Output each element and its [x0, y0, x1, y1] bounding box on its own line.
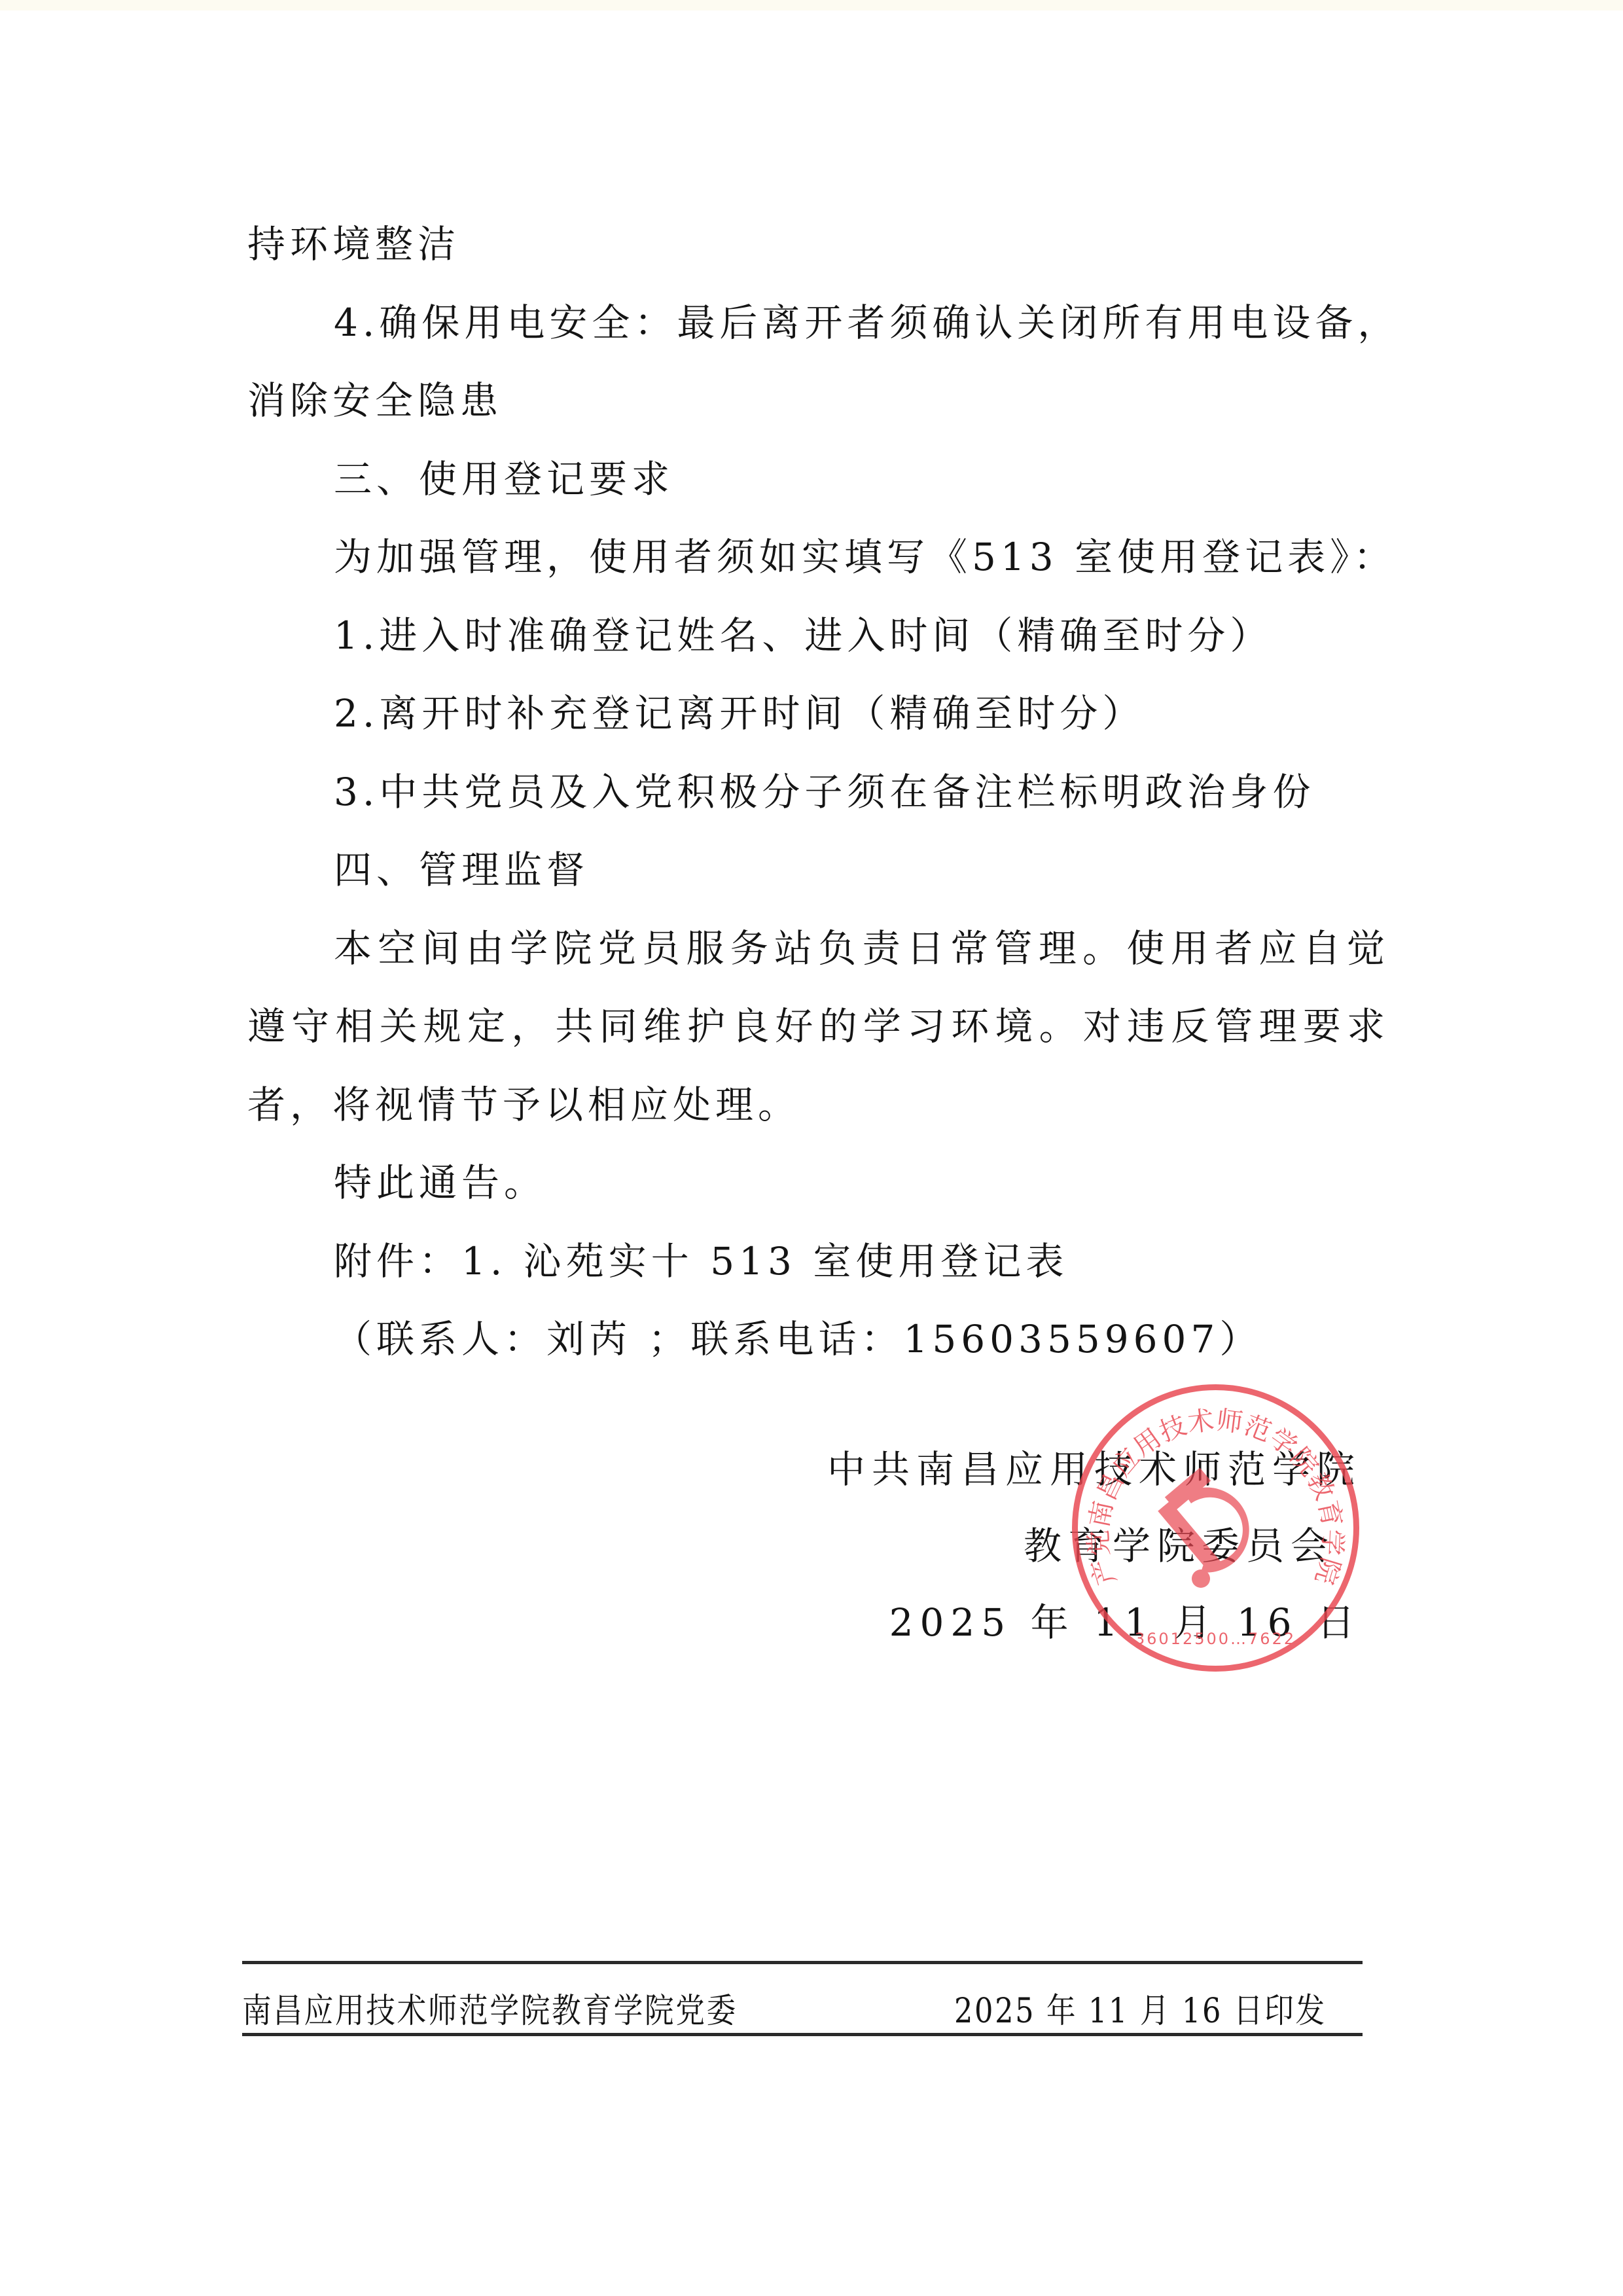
signature-org-line-1: 中共南昌应用技术师范学院 [785, 1439, 1361, 1494]
section-heading-supervision: 四、管理监督 [247, 842, 1389, 920]
body-line-supervision-3: 者，将视情节予以相应处理。 [247, 1077, 1389, 1155]
body-line-registration-item-3: 3.中共党员及入党积极分子须在备注栏标明政治身份 [247, 764, 1389, 842]
footer-issuer: 南昌应用技术师范学院教育学院党委 [242, 1983, 738, 2032]
footer-top-rule [242, 1961, 1363, 1964]
footer-issue-date: 2025 年 11 月 16 日印发 [954, 1983, 1327, 2032]
body-line-closing: 特此通告。 [247, 1155, 1389, 1233]
body-line-supervision-2: 遵守相关规定，共同维护良好的学习环境。对违反管理要求 [247, 998, 1389, 1077]
notice-body: 持环境整洁 4.确保用电安全：最后离开者须确认关闭所有用电设备， 消除安全隐患 … [247, 216, 1389, 1390]
body-line-item-4-electrical-safety: 4.确保用电安全：最后离开者须确认关闭所有用电设备， [247, 295, 1389, 373]
footer-bottom-rule [242, 2033, 1363, 2036]
body-line-continuation: 持环境整洁 [247, 216, 1389, 295]
signature-date: 2025 年 11 月 16 日 [785, 1592, 1361, 1647]
body-line-item-4-continuation: 消除安全隐患 [247, 372, 1389, 451]
body-line-supervision-1: 本空间由学院党员服务站负责日常管理。使用者应自觉 [247, 920, 1389, 999]
contact-line: （联系人：刘芮 ；联系电话：15603559607） [247, 1311, 1389, 1390]
scan-edge [0, 0, 1623, 10]
body-line-registration-item-1: 1.进入时准确登记姓名、进入时间（精确至时分） [247, 607, 1389, 686]
section-heading-registration: 三、使用登记要求 [247, 451, 1389, 529]
attachment-line: 附件：1. 沁苑实十 513 室使用登记表 [247, 1233, 1389, 1312]
signature-org-line-2: 教育学院委员会 [785, 1515, 1335, 1570]
body-line-registration-intro: 为加强管理，使用者须如实填写《513 室使用登记表》： [247, 529, 1389, 607]
body-line-registration-item-2: 2.离开时补充登记离开时间（精确至时分） [247, 685, 1389, 764]
